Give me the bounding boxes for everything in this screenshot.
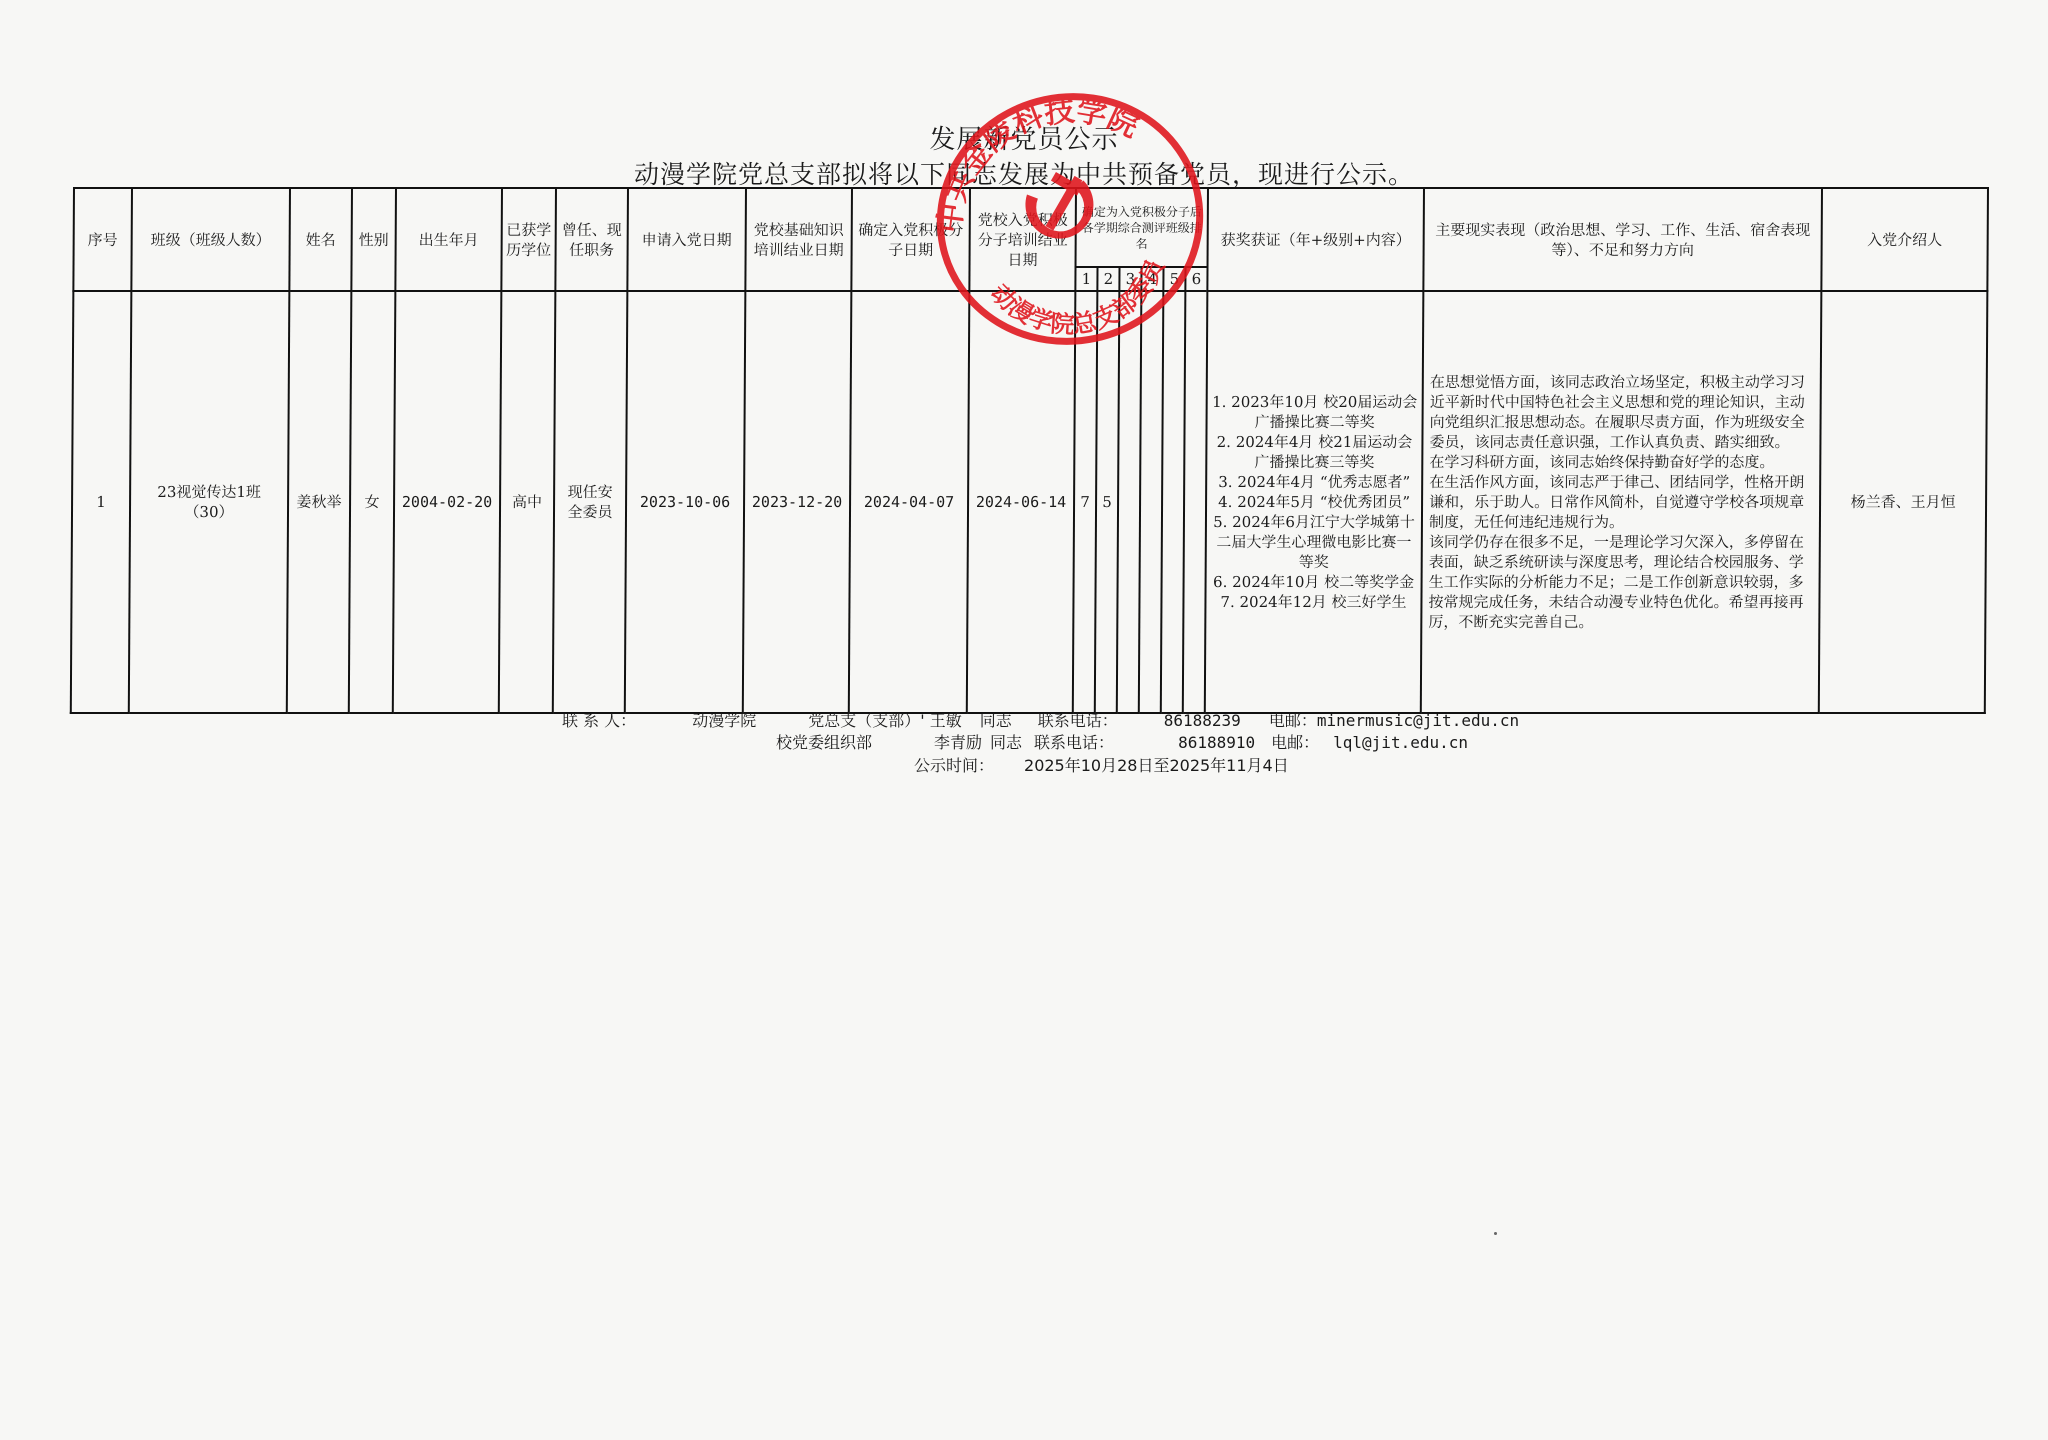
header-introducers: 入党介绍人 [1821, 188, 1988, 291]
contact-org-1: 动漫学院 [692, 711, 756, 730]
cell-performance: 在思想觉悟方面，该同志政治立场坚定，积极主动学习习近平新时代中国特色社会主义思想… [1421, 291, 1822, 713]
header-semester-3: 3 [1119, 267, 1141, 291]
cell-name: 姜秋举 [287, 291, 352, 713]
performance-paragraph: 在思想觉悟方面，该同志政治立场坚定，积极主动学习习近平新时代中国特色社会主义思想… [1429, 372, 1813, 452]
header-name: 姓名 [289, 188, 352, 291]
header-semester-2: 2 [1097, 267, 1119, 291]
contact-phone-label-1: 联系电话： [1038, 711, 1118, 730]
contact-branch: 党总支（支部） [808, 711, 920, 730]
footer-period: 公示时间：2025年10月28日至2025年11月4日 [914, 753, 1289, 776]
contact-title-1: 同志 [980, 711, 1012, 730]
cell-class: 23视觉传达1班 （30） [129, 291, 290, 713]
contact-email-2[interactable]: lql@jit.edu.cn [1333, 733, 1468, 752]
performance-paragraph: 该同学仍存在很多不足，一是理论学习欠深入，多停留在表面，缺乏系统研读与深度思考，… [1428, 532, 1813, 632]
performance-paragraph: 在学习科研方面，该同志始终保持勤奋好学的态度。 [1429, 452, 1813, 472]
contact-email-1[interactable]: minermusic@jit.edu.cn [1317, 711, 1519, 730]
header-semester-5: 5 [1163, 267, 1185, 291]
header-activist-date: 确定入党积极分子日期 [851, 188, 970, 291]
cell-class-size: （30） [131, 502, 287, 522]
table-row: 1 23视觉传达1班 （30） 姜秋举 女 2004-02-20 高中 现任安全… [71, 291, 1988, 713]
contact-label: 联 系 人： [562, 711, 636, 730]
contact-email-label-2: 电邮： [1271, 733, 1319, 752]
cell-gender: 女 [349, 291, 396, 713]
header-semester-6: 6 [1185, 267, 1207, 291]
award-item: 3. 2024年4月 “优秀志愿者” [1211, 472, 1417, 492]
cell-rank-5 [1161, 291, 1186, 713]
award-item: 7. 2024年12月 校三好学生 [1210, 592, 1416, 612]
candidate-table: 序号 班级（班级人数） 姓名 性别 出生年月 已获学历学位 曾任、现任职务 申请… [70, 187, 1989, 714]
award-item: 1. 2023年10月 校20届运动会广播操比赛二等奖 [1212, 392, 1418, 432]
contact-phone-2: 86188910 [1178, 733, 1255, 752]
contact-person-1: 王敏 [930, 711, 962, 730]
cell-basic-training-date: 2023-12-20 [743, 291, 852, 713]
contact-phone-1: 86188239 [1164, 711, 1241, 730]
contact-org-2: 校党委组织部 [776, 733, 872, 752]
cell-class-name: 23视觉传达1班 [131, 482, 287, 502]
header-rank-group: 确定为入党积极分子后各学期综合测评班级排名 [1076, 188, 1209, 267]
cell-birth: 2004-02-20 [393, 291, 502, 713]
contact-person-2: 李青励 [934, 733, 982, 752]
contact-title-2: 同志 [990, 733, 1022, 752]
document-subtitle: 动漫学院党总支部拟将以下同志发展为中共预备党员，现进行公示。 [0, 155, 2048, 191]
performance-paragraph: 在生活作风方面，该同志严于律己、团结同学，性格开朗谦和，乐于助人。日常作风简朴，… [1429, 472, 1813, 532]
header-basic-training-date: 党校基础知识培训结业日期 [745, 188, 852, 291]
cell-education: 高中 [499, 291, 556, 713]
document-title: 发展新党员公示 [0, 119, 2048, 156]
cell-awards: 1. 2023年10月 校20届运动会广播操比赛二等奖 2. 2024年4月 校… [1205, 291, 1424, 713]
table-header-row: 序号 班级（班级人数） 姓名 性别 出生年月 已获学历学位 曾任、现任职务 申请… [74, 188, 1989, 267]
cell-index: 1 [71, 291, 132, 713]
cell-position: 现任安全委员 [553, 291, 628, 713]
award-item: 5. 2024年6月江宁大学城第十二届大学生心理微电影比赛一等奖 [1211, 512, 1417, 572]
footer-line-1: 联 系 人：动漫学院党总支（支部）' 王敏同志联系电话：86188239电邮：m… [562, 708, 1519, 731]
cell-introducers: 杨兰香、王月恒 [1819, 291, 1988, 713]
header-apply-date: 申请入党日期 [627, 188, 746, 291]
award-item: 4. 2024年5月 “校优秀团员” [1211, 492, 1417, 512]
header-position: 曾任、现任职务 [555, 188, 628, 291]
header-gender: 性别 [351, 188, 396, 291]
scan-speck [1494, 1232, 1497, 1235]
header-education: 已获学历学位 [501, 188, 556, 291]
footer-line-2: 校党委组织部李青励同志联系电话：86188910电邮：lql@jit.edu.c… [776, 730, 1468, 753]
contact-phone-label-2: 联系电话： [1034, 733, 1114, 752]
header-birth: 出生年月 [395, 188, 502, 291]
cell-activist-date: 2024-04-07 [849, 291, 970, 713]
cell-activist-training-date: 2024-06-14 [967, 291, 1076, 713]
header-activist-training-date: 党校入党积极分子培训结业日期 [969, 188, 1076, 291]
award-item: 2. 2024年4月 校21届运动会广播操比赛三等奖 [1211, 432, 1417, 472]
header-awards: 获奖获证（年+级别+内容） [1207, 188, 1424, 291]
period-value: 2025年10月28日至2025年11月4日 [1024, 756, 1289, 775]
header-performance: 主要现实表现（政治思想、学习、工作、生活、宿舍表现等）、不足和努力方向 [1423, 188, 1822, 291]
cell-rank-2: 5 [1095, 291, 1120, 713]
cell-apply-date: 2023-10-06 [625, 291, 746, 713]
cell-rank-3 [1117, 291, 1142, 713]
period-label: 公示时间： [914, 756, 994, 775]
cell-rank-4 [1139, 291, 1164, 713]
contact-email-label-1: 电邮： [1269, 711, 1317, 730]
header-class: 班级（班级人数） [131, 188, 290, 291]
cell-rank-6 [1183, 291, 1208, 713]
header-semester-4: 4 [1141, 267, 1163, 291]
cell-rank-1: 7 [1073, 291, 1098, 713]
header-semester-1: 1 [1075, 267, 1097, 291]
award-item: 6. 2024年10月 校二等奖学金 [1211, 572, 1417, 592]
header-index: 序号 [73, 188, 132, 291]
